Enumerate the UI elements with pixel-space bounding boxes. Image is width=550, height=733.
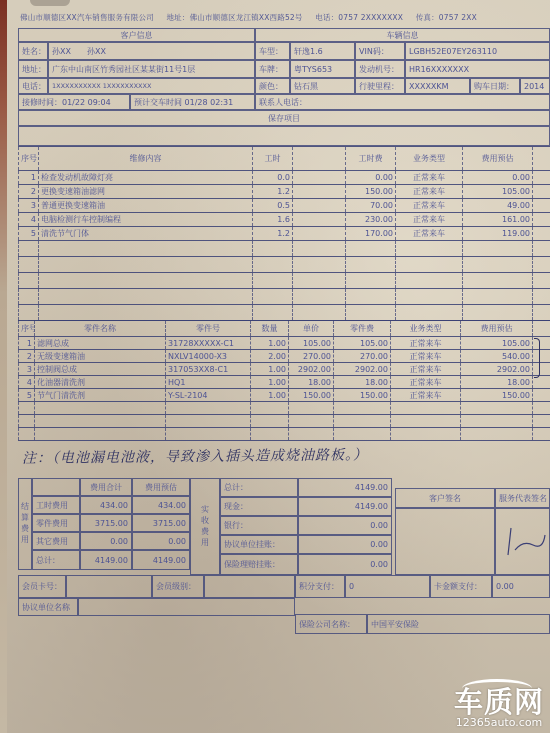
- labor-fee: 70.00: [346, 199, 396, 213]
- part-code: Y-SL-2104: [166, 389, 251, 402]
- table-row: 5 清洗节气门体 1.2 170.00 正常来车 119.00: [19, 227, 550, 241]
- part-price: 18.00: [289, 376, 334, 389]
- blank-row: [18, 126, 550, 146]
- table-row: 1 检查发动机故障灯亮 0.0 0.00 正常来车 0.00: [19, 171, 550, 185]
- settlement-total: 4149.00: [80, 550, 132, 570]
- fee-estimate: 105.00: [463, 185, 533, 199]
- received-value: 4149.00: [298, 497, 392, 516]
- business-type: 正常来车: [396, 227, 463, 241]
- part-fee: 150.00: [334, 389, 391, 402]
- business-type: 正常来车: [391, 337, 461, 350]
- col-header: [533, 147, 550, 171]
- table-row: 4 电脑检测行车控制编程 1.6 230.00 正常来车 161.00: [19, 213, 550, 227]
- labor-header-row: 序号 维修内容 工时 工时费 业务类型 费用预估: [19, 147, 550, 171]
- fee-estimate: 2902.00: [461, 363, 533, 376]
- table-row: 5 节气门清洗剂 Y-SL-2104 1.00 150.00 150.00 正常…: [19, 389, 550, 402]
- col-header: 零件号: [166, 321, 251, 337]
- part-price: 270.00: [289, 350, 334, 363]
- labor-fee: 150.00: [346, 185, 396, 199]
- phone-label: 电话：: [18, 78, 48, 94]
- vehicle-info-title: 车辆信息: [255, 28, 550, 42]
- paper-shadow: [30, 0, 70, 6]
- business-type: 正常来车: [391, 389, 461, 402]
- paper-edge: [0, 0, 7, 733]
- col-header: 维修内容: [39, 147, 253, 171]
- fee-estimate: 119.00: [463, 227, 533, 241]
- model-label: 车型：: [255, 42, 290, 60]
- blank-row: [19, 415, 550, 428]
- blank-cell: [32, 478, 80, 496]
- blank-row: [19, 273, 550, 289]
- row-no: 4: [19, 213, 39, 227]
- part-name: 滤网总成: [35, 337, 166, 350]
- row-no: 4: [19, 376, 35, 389]
- received-fees-title: 实收费用: [190, 478, 220, 575]
- points-payment-value: 0: [345, 575, 430, 598]
- points-payment-label: 积分支付：: [295, 575, 345, 598]
- part-price: 150.00: [289, 389, 334, 402]
- plate-label: 车牌：: [255, 60, 290, 78]
- vehicle-vin: LGBH52E07EY263110: [405, 42, 550, 60]
- blank-row: [19, 402, 550, 415]
- settlement-title: 结算费用: [18, 478, 32, 570]
- row-no: 2: [19, 185, 39, 199]
- row-no: 5: [19, 227, 39, 241]
- fee-estimate: 540.00: [461, 350, 533, 363]
- part-qty: 2.00: [251, 350, 289, 363]
- settlement-total: 3715.00: [80, 514, 132, 532]
- row-no: 5: [19, 389, 35, 402]
- blank-row: [19, 289, 550, 305]
- business-type: 正常来车: [396, 185, 463, 199]
- agreement-unit-value: [78, 598, 295, 616]
- part-fee: 2902.00: [334, 363, 391, 376]
- insurance-company-value: 中国平安保险: [367, 614, 550, 634]
- part-price: 2902.00: [289, 363, 334, 376]
- part-name: 化油器清洗剂: [35, 376, 166, 389]
- received-label: 协议单位挂账：: [220, 535, 298, 554]
- vin-label: VIN码：: [355, 42, 405, 60]
- member-level-value: [204, 575, 295, 598]
- member-card-value: [66, 575, 152, 598]
- agreement-unit-label: 协议单位名称: [18, 598, 78, 616]
- parts-header-row: 序号 零件名称 零件号 数量 单价 零件费 业务类型 费用预估: [19, 321, 550, 337]
- handwritten-note: 注：（电池漏电池液，导致渗入插头造成烧油路板。）: [22, 444, 368, 468]
- blank-row: [19, 305, 550, 321]
- blank-row: [19, 257, 550, 273]
- settlement-estimate: 434.00: [132, 496, 190, 514]
- col-total-header: 费用合计: [80, 478, 132, 496]
- vehicle-model: 轩逸1.6: [290, 42, 355, 60]
- col-header: 费用预估: [461, 321, 533, 337]
- customer-signature-box: [395, 508, 495, 575]
- received-value: 4149.00: [298, 478, 392, 497]
- labor-content: 电脑检测行车控制编程: [39, 213, 253, 227]
- settlement-estimate: 4149.00: [132, 550, 190, 570]
- expected-time-label: 预计交车时间: [134, 97, 182, 108]
- labor-fee: 230.00: [346, 213, 396, 227]
- col-header: 工时费: [346, 147, 396, 171]
- part-qty: 1.00: [251, 337, 289, 350]
- col-header: 工时: [253, 147, 293, 171]
- section-title: 保存项目: [18, 110, 550, 126]
- mileage-label: 行驶里程：: [355, 78, 405, 94]
- part-fee: 18.00: [334, 376, 391, 389]
- part-qty: 1.00: [251, 363, 289, 376]
- customer-signature-label: 客户签名: [395, 488, 495, 508]
- part-code: HQ1: [166, 376, 251, 389]
- received-label: 现金：: [220, 497, 298, 516]
- customer-phone: 1XXXXXXXXXX 1XXXXXXXXXX: [48, 78, 255, 94]
- received-label: 保险理赔挂账：: [220, 554, 298, 575]
- fee-estimate: 161.00: [463, 213, 533, 227]
- labor-content: 普通更换变速箱油: [39, 199, 253, 213]
- labor-content: 检查发动机故障灯亮: [39, 171, 253, 185]
- col-header: 数量: [251, 321, 289, 337]
- row-no: 1: [19, 171, 39, 185]
- blank-row: [19, 428, 550, 441]
- settlement-label: 工时费用: [32, 496, 80, 514]
- business-type: 正常来车: [391, 350, 461, 363]
- fee-estimate: 49.00: [463, 199, 533, 213]
- table-row: 1 滤网总成 31728XXXXX-C1 1.00 105.00 105.00 …: [19, 337, 550, 350]
- settlement-estimate: 0.00: [132, 532, 190, 550]
- vehicle-color: 钻石黑: [290, 78, 355, 94]
- member-card-label: 会员卡号：: [18, 575, 66, 598]
- expected-delivery-time: 预计交车时间 01/28 02:31: [130, 94, 255, 110]
- vehicle-plate: 粤TYS653: [290, 60, 355, 78]
- received-time-value: 01/22 09:04: [62, 98, 111, 107]
- col-header: 费用预估: [463, 147, 533, 171]
- blank-row: [19, 241, 550, 257]
- fee-estimate: 150.00: [461, 389, 533, 402]
- received-time-label: 接修时间：: [22, 97, 62, 108]
- fee-estimate: 18.00: [461, 376, 533, 389]
- part-name: 控制阀总成: [35, 363, 166, 376]
- part-code: 31728XXXXX-C1: [166, 337, 251, 350]
- settlement-total: 434.00: [80, 496, 132, 514]
- part-fee: 270.00: [334, 350, 391, 363]
- company-name: 佛山市顺德区XX汽车销售服务有限公司: [20, 13, 154, 22]
- name-label: 姓名：: [18, 42, 48, 60]
- received-time: 接修时间： 01/22 09:04: [18, 94, 130, 110]
- customer-name: 孙XX 孙XX: [48, 42, 255, 60]
- settlement-total: 0.00: [80, 532, 132, 550]
- received-value: 0.00: [298, 554, 392, 575]
- table-row: 4 化油器清洗剂 HQ1 1.00 18.00 18.00 正常来车 18.00: [19, 376, 550, 389]
- row-no: 1: [19, 337, 35, 350]
- labor-hours: 0.0: [253, 171, 293, 185]
- business-type: 正常来车: [396, 213, 463, 227]
- settlement-label: 其它费用: [32, 532, 80, 550]
- color-label: 颜色：: [255, 78, 290, 94]
- watermark-site: 12365auto.com: [454, 717, 544, 729]
- col-header: 零件费: [334, 321, 391, 337]
- received-label: 总计：: [220, 478, 298, 497]
- watermark-swoosh-icon: [462, 679, 532, 698]
- company-phone: 电话：0757 2XXXXXXX: [315, 13, 403, 22]
- part-fee: 105.00: [334, 337, 391, 350]
- business-type: 正常来车: [391, 363, 461, 376]
- parts-table: 序号 零件名称 零件号 数量 单价 零件费 业务类型 费用预估 1 滤网总成 3…: [18, 320, 550, 441]
- received-value: 0.00: [298, 535, 392, 554]
- row-no: 3: [19, 199, 39, 213]
- part-code: NXLV14000-X3: [166, 350, 251, 363]
- col-header: [293, 147, 346, 171]
- labor-hours: 0.5: [253, 199, 293, 213]
- part-name: 节气门清洗剂: [35, 389, 166, 402]
- table-row: 3 控制阀总成 317053XX8-C1 1.00 2902.00 2902.0…: [19, 363, 550, 376]
- engine-label: 发动机号：: [355, 60, 405, 78]
- card-amount-value: 0.00: [492, 575, 550, 598]
- purchase-date-label: 购车日期：: [470, 78, 520, 94]
- part-qty: 1.00: [251, 389, 289, 402]
- table-row: 2 更换变速箱油滤网 1.2 150.00 正常来车 105.00: [19, 185, 550, 199]
- col-header: [533, 321, 550, 337]
- row-no: 3: [19, 363, 35, 376]
- company-address: 地址：佛山市顺德区龙江镇XX西路52号: [166, 13, 302, 22]
- settlement-estimate: 3715.00: [132, 514, 190, 532]
- business-type: 正常来车: [396, 199, 463, 213]
- part-price: 105.00: [289, 337, 334, 350]
- company-fax: 传真：0757 2XX: [416, 13, 477, 22]
- part-code: 317053XX8-C1: [166, 363, 251, 376]
- row-no: 2: [19, 350, 35, 363]
- purchase-date: 2014: [520, 78, 550, 94]
- labor-fee: 170.00: [346, 227, 396, 241]
- business-type: 正常来车: [391, 376, 461, 389]
- business-type: 正常来车: [396, 171, 463, 185]
- watermark: 车质网 12365auto.com: [454, 687, 544, 729]
- vehicle-mileage: XXXXXKM: [405, 78, 470, 94]
- labor-fee: 0.00: [346, 171, 396, 185]
- col-header: 零件名称: [35, 321, 166, 337]
- col-header: 序号: [19, 321, 35, 337]
- labor-hours: 1.2: [253, 227, 293, 241]
- labor-content: 更换变速箱油滤网: [39, 185, 253, 199]
- labor-hours: 1.2: [253, 185, 293, 199]
- card-amount-label: 卡金额支付：: [430, 575, 492, 598]
- customer-address: 广东中山南区竹秀园社区某某街11号1层: [48, 60, 255, 78]
- handwritten-bracket: [534, 338, 540, 378]
- member-level-label: 会员级别：: [152, 575, 204, 598]
- labor-content: 清洗节气门体: [39, 227, 253, 241]
- customer-info-title: 客户信息: [18, 28, 255, 42]
- labor-hours: 1.6: [253, 213, 293, 227]
- fee-estimate: 105.00: [461, 337, 533, 350]
- col-estimate-header: 费用预估: [132, 478, 190, 496]
- col-header: 序号: [19, 147, 39, 171]
- service-rep-label: 服务代表签名: [495, 488, 550, 508]
- labor-table: 序号 维修内容 工时 工时费 业务类型 费用预估 1 检查发动机故障灯亮 0.0…: [18, 146, 550, 321]
- received-label: 银行：: [220, 516, 298, 535]
- col-header: 业务类型: [396, 147, 463, 171]
- address-label: 地址：: [18, 60, 48, 78]
- vehicle-engine-no: HR16XXXXXXX: [405, 60, 550, 78]
- received-value: 0.00: [298, 516, 392, 535]
- settlement-label: 总计：: [32, 550, 80, 570]
- expected-time-value: 01/28 02:31: [185, 98, 234, 107]
- invoice-photo: 佛山市顺德区XX汽车销售服务有限公司 地址：佛山市顺德区龙江镇XX西路52号 电…: [0, 0, 550, 733]
- signature-scribble: [503, 520, 548, 560]
- fee-estimate: 0.00: [463, 171, 533, 185]
- settlement-label: 零件费用: [32, 514, 80, 532]
- insurance-company-label: 保险公司名称：: [295, 614, 367, 634]
- part-name: 无级变速箱油: [35, 350, 166, 363]
- invoice-header: 佛山市顺德区XX汽车销售服务有限公司 地址：佛山市顺德区龙江镇XX西路52号 电…: [20, 12, 550, 23]
- table-row: 2 无级变速箱油 NXLV14000-X3 2.00 270.00 270.00…: [19, 350, 550, 363]
- table-row: 3 普通更换变速箱油 0.5 70.00 正常来车 49.00: [19, 199, 550, 213]
- part-qty: 1.00: [251, 376, 289, 389]
- col-header: 单价: [289, 321, 334, 337]
- contact-phone-label: 联系人电话：: [255, 94, 550, 110]
- col-header: 业务类型: [391, 321, 461, 337]
